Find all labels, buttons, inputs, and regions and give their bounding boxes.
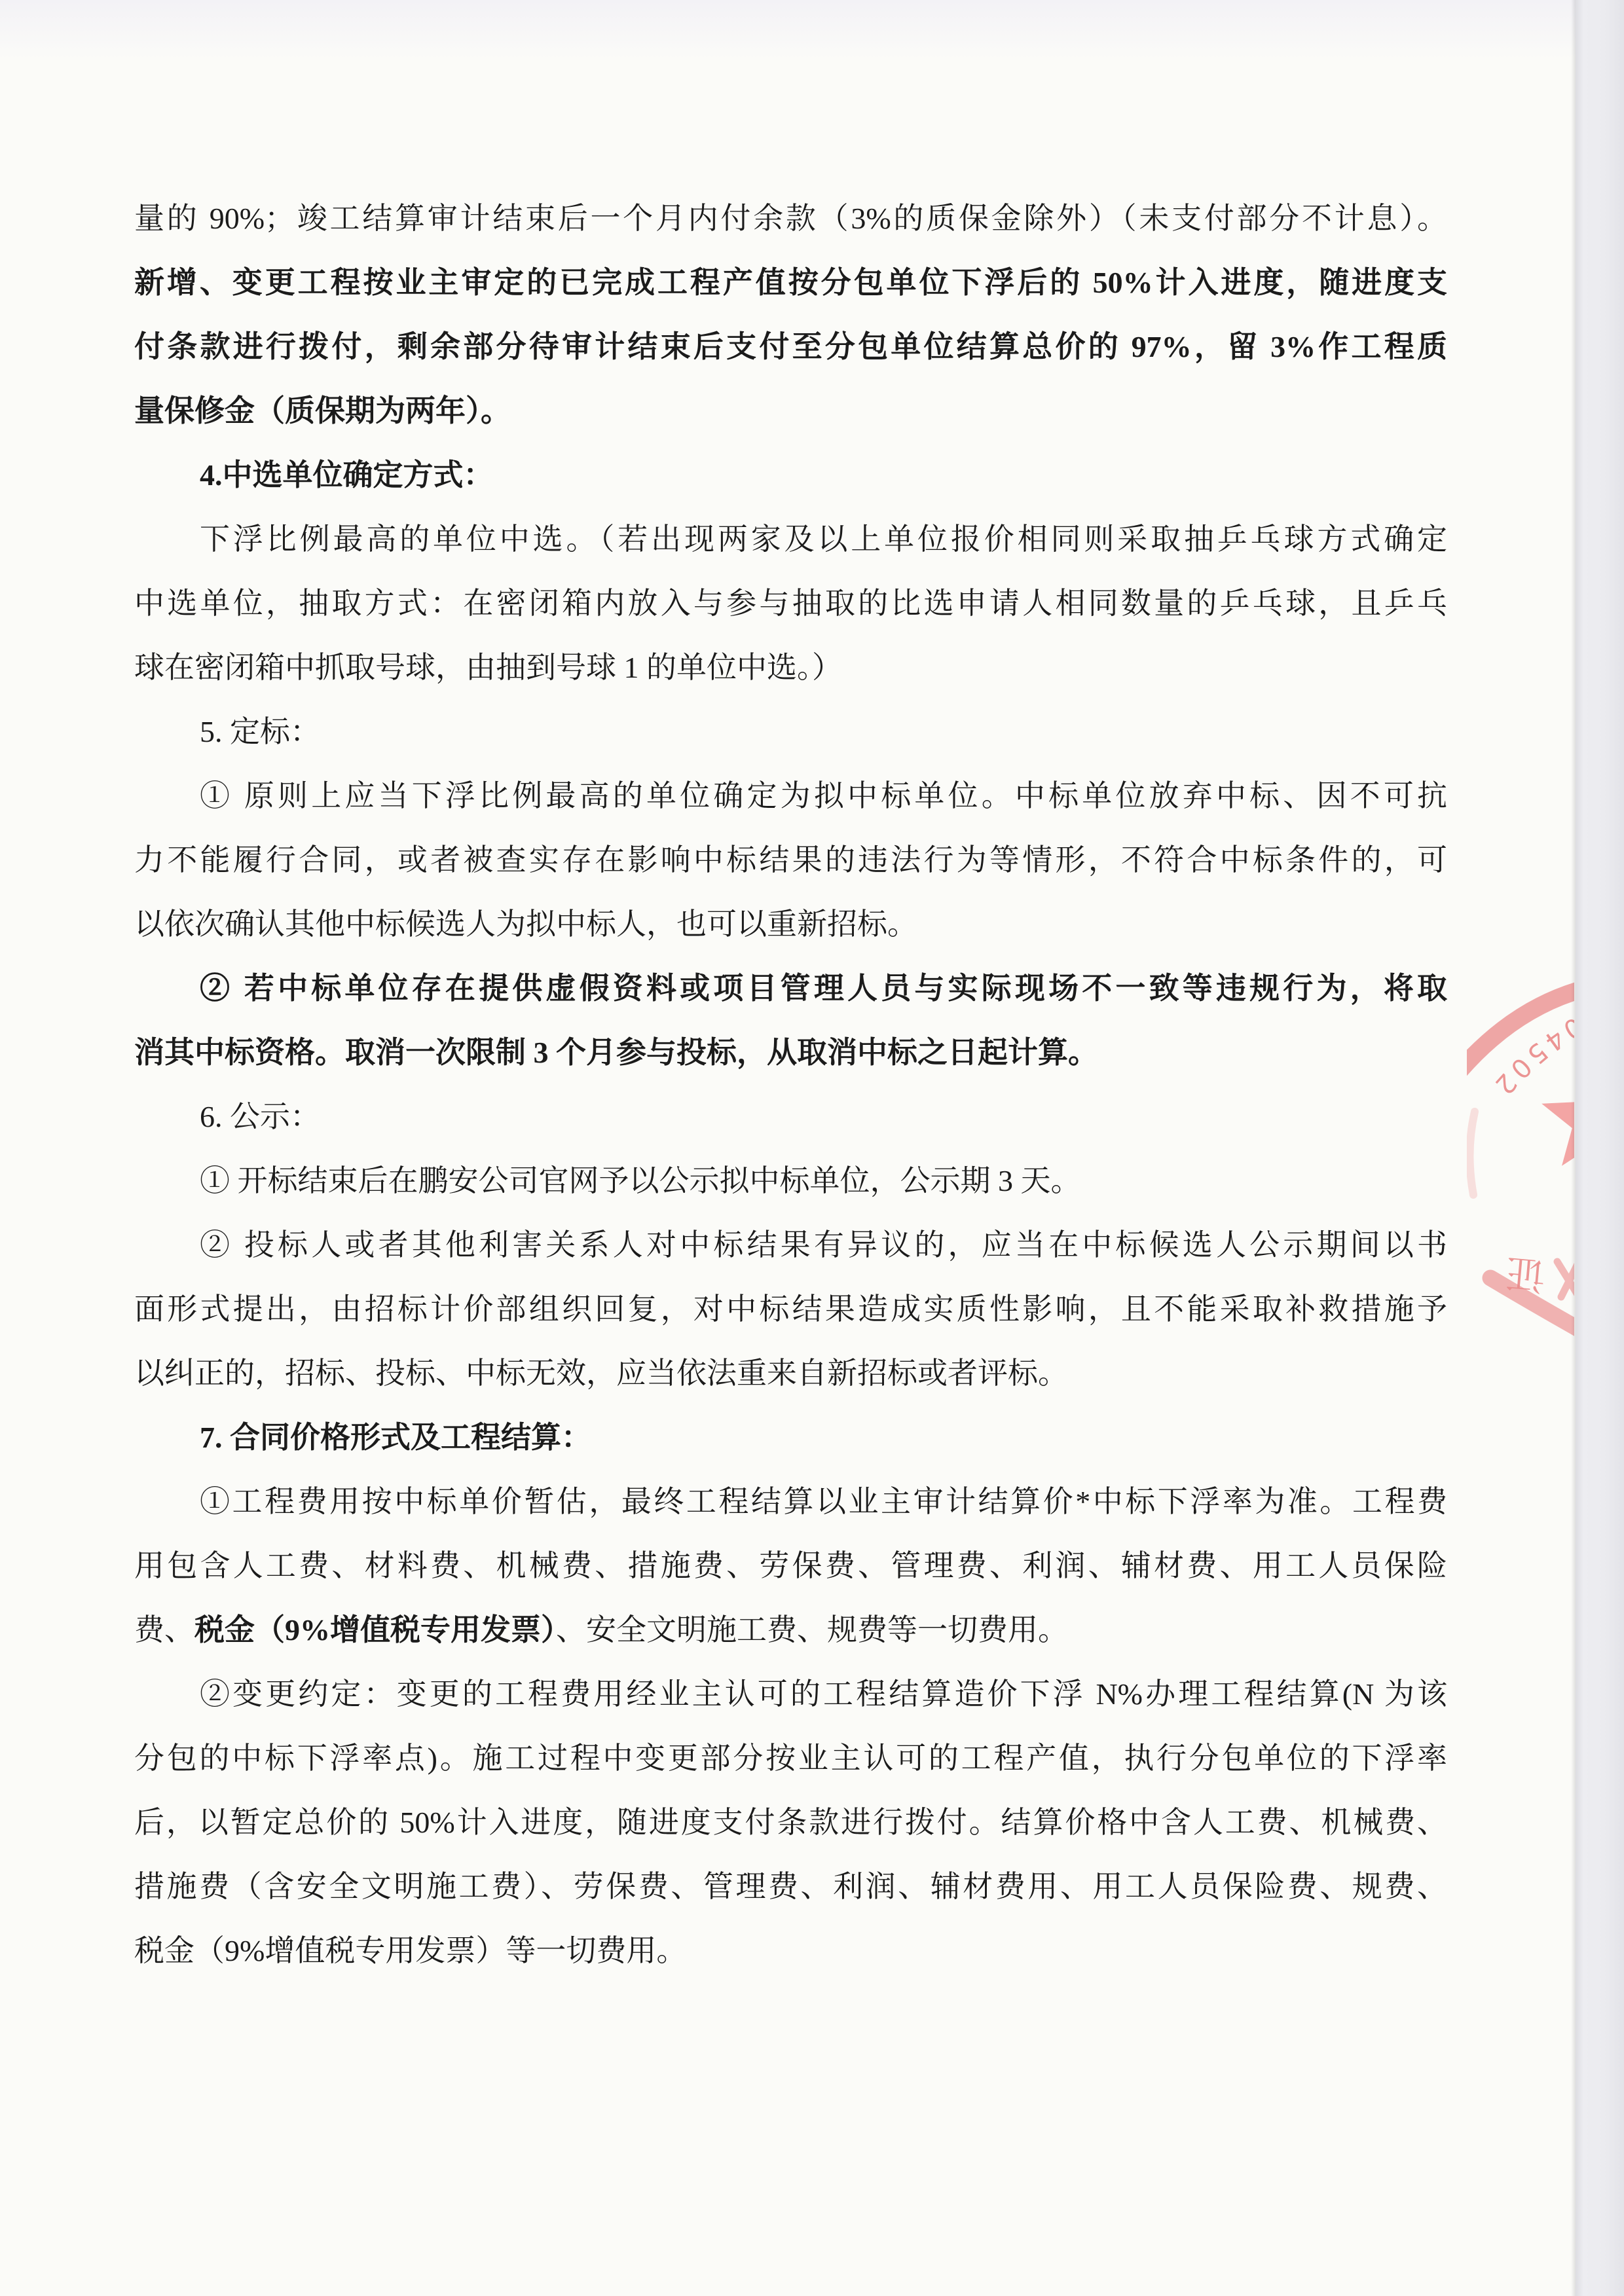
text-line: 量保修金（质保期为两年）。 xyxy=(134,379,1447,443)
text-run: 力不能履行合同，或者被查实存在影响中标结果的违法行为等情形，不符合中标条件的，可 xyxy=(134,843,1447,877)
text-line: 分包的中标下浮率点)。施工过程中变更部分按业主认可的工程产值，执行分包单位的下浮… xyxy=(134,1726,1447,1791)
text-line: 付条款进行拨付，剩余部分待审计结束后支付至分包单位结算总价的 97%，留 3%作… xyxy=(134,315,1447,379)
text-run: ① 原则上应当下浮比例最高的单位确定为拟中标单位。中标单位放弃中标、因不可抗 xyxy=(200,779,1447,812)
text-line: 下浮比例最高的单位中选。（若出现两家及以上单位报价相同则采取抽乒乓球方式确定 xyxy=(134,507,1447,572)
text-line: 税金（9%增值税专用发票）等一切费用。 xyxy=(134,1919,1447,1983)
text-run: 量的 90%；竣工结算审计结束后一个月内付余款（3%的质保金除外）（未支付部分不… xyxy=(134,202,1447,235)
text-line: 后，以暂定总价的 50%计入进度，随进度支付条款进行拨付。结算价格中含人工费、机… xyxy=(134,1791,1447,1855)
text-run: ②变更约定：变更的工程费用经业主认可的工程结算造价下浮 N%办理工程结算(N 为… xyxy=(200,1677,1447,1711)
text-line: ① 原则上应当下浮比例最高的单位确定为拟中标单位。中标单位放弃中标、因不可抗 xyxy=(134,764,1447,828)
text-run-bold: 新增、变更工程按业主审定的已完成工程产值按分包单位下浮后的 50%计入进度，随进… xyxy=(134,266,1447,299)
text-run: 5. 定标： xyxy=(200,715,320,748)
text-line: 以依次确认其他中标候选人为拟中标人，也可以重新招标。 xyxy=(134,892,1447,957)
text-run-bold: 4.中选单位确定方式： xyxy=(200,458,494,492)
text-block: 量的 90%；竣工结算审计结束后一个月内付余款（3%的质保金除外）（未支付部分不… xyxy=(134,187,1447,1983)
text-run: 6. 公示： xyxy=(200,1100,320,1133)
text-run: 以纠正的，招标、投标、中标无效，应当依法重来自新招标或者评标。 xyxy=(134,1357,1068,1390)
text-run-bold: 税金（9%增值税专用发票） xyxy=(194,1613,556,1647)
seal-star-icon xyxy=(1541,1065,1574,1166)
scanner-edge-strip xyxy=(1576,0,1624,2296)
text-line: 4.中选单位确定方式： xyxy=(134,443,1447,507)
text-run-bold: 消其中标资格。取消一次限制 3 个月参与投标，从取消中标之日起计算。 xyxy=(134,1036,1098,1069)
text-run: 面形式提出，由招标计价部组织回复，对中标结果造成实质性影响，且不能采取补救措施予 xyxy=(134,1292,1447,1326)
text-line: 面形式提出，由招标计价部组织回复，对中标结果造成实质性影响，且不能采取补救措施予 xyxy=(134,1277,1447,1341)
seal-ring-left-arc xyxy=(1469,1112,1475,1195)
text-line: 球在密闭箱中抓取号球，由抽到号球 1 的单位中选。） xyxy=(134,636,1447,700)
text-run: 球在密闭箱中抓取号球，由抽到号球 1 的单位中选。） xyxy=(134,651,842,684)
text-run-bold: 量保修金（质保期为两年）。 xyxy=(134,394,511,428)
text-line: 用包含人工费、材料费、机械费、措施费、劳保费、管理费、利润、辅材费、用工人员保险 xyxy=(134,1534,1447,1598)
text-line: ② 若中标单位存在提供虚假资料或项目管理人员与实际现场不一致等违规行为，将取 xyxy=(134,957,1447,1021)
text-run: 税金（9%增值税专用发票）等一切费用。 xyxy=(134,1934,686,1967)
text-line: 新增、变更工程按业主审定的已完成工程产值按分包单位下浮后的 50%计入进度，随进… xyxy=(134,251,1447,315)
text-run: ① 开标结束后在鹏安公司官网予以公示拟中标单位，公示期 3 天。 xyxy=(200,1164,1081,1197)
text-line: ①工程费用按中标单价暂估，最终工程结算以业主审计结算价*中标下浮率为准。工程费 xyxy=(134,1470,1447,1534)
text-line: 费、税金（9%增值税专用发票）、安全文明施工费、规费等一切费用。 xyxy=(134,1598,1447,1662)
paper-edge-shadow xyxy=(1571,0,1576,2296)
seal-stamp: 045025 证 xyxy=(1467,943,1574,1467)
text-run: 后，以暂定总价的 50%计入进度，随进度支付条款进行拨付。结算价格中含人工费、机… xyxy=(134,1806,1447,1839)
text-run-bold: 付条款进行拨付，剩余部分待审计结束后支付至分包单位结算总价的 97%，留 3%作… xyxy=(134,330,1447,363)
text-run: 中选单位，抽取方式：在密闭箱内放入与参与抽取的比选申请人相同数量的乒乓球，且乒乓 xyxy=(134,587,1447,620)
text-run: 费、 xyxy=(134,1613,194,1647)
text-run: ①工程费用按中标单价暂估，最终工程结算以业主审计结算价*中标下浮率为准。工程费 xyxy=(200,1485,1447,1518)
text-line: 5. 定标： xyxy=(134,700,1447,764)
text-run-bold: 7. 合同价格形式及工程结算： xyxy=(200,1421,591,1454)
text-line: 以纠正的，招标、投标、中标无效，应当依法重来自新招标或者评标。 xyxy=(134,1341,1447,1406)
text-run: 、安全文明施工费、规费等一切费用。 xyxy=(556,1613,1068,1647)
text-run: 分包的中标下浮率点)。施工过程中变更部分按业主认可的工程产值，执行分包单位的下浮… xyxy=(134,1741,1447,1775)
text-run: 以依次确认其他中标候选人为拟中标人，也可以重新招标。 xyxy=(134,907,917,941)
text-run-bold: ② 若中标单位存在提供虚假资料或项目管理人员与实际现场不一致等违规行为，将取 xyxy=(200,972,1447,1005)
text-run: 措施费（含安全文明施工费）、劳保费、管理费、利润、辅材费用、用工人员保险费、规费… xyxy=(134,1870,1447,1903)
text-line: ① 开标结束后在鹏安公司官网予以公示拟中标单位，公示期 3 天。 xyxy=(134,1149,1447,1213)
text-run: 用包含人工费、材料费、机械费、措施费、劳保费、管理费、利润、辅材费、用工人员保险 xyxy=(134,1549,1447,1582)
text-line: ②变更约定：变更的工程费用经业主认可的工程结算造价下浮 N%办理工程结算(N 为… xyxy=(134,1662,1447,1726)
text-line: 7. 合同价格形式及工程结算： xyxy=(134,1406,1447,1470)
text-line: 消其中标资格。取消一次限制 3 个月参与投标，从取消中标之日起计算。 xyxy=(134,1021,1447,1085)
text-line: ② 投标人或者其他利害关系人对中标结果有异议的，应当在中标候选人公示期间以书 xyxy=(134,1213,1447,1277)
text-line: 力不能履行合同，或者被查实存在影响中标结果的违法行为等情形，不符合中标条件的，可 xyxy=(134,828,1447,892)
document-page: 量的 90%；竣工结算审计结束后一个月内付余款（3%的质保金除外）（未支付部分不… xyxy=(0,0,1624,2296)
text-run: 下浮比例最高的单位中选。（若出现两家及以上单位报价相同则采取抽乒乓球方式确定 xyxy=(200,522,1447,556)
text-line: 6. 公示： xyxy=(134,1085,1447,1149)
text-line: 量的 90%；竣工结算审计结束后一个月内付余款（3%的质保金除外）（未支付部分不… xyxy=(134,187,1447,251)
text-line: 中选单位，抽取方式：在密闭箱内放入与参与抽取的比选申请人相同数量的乒乓球，且乒乓 xyxy=(134,572,1447,636)
text-line: 措施费（含安全文明施工费）、劳保费、管理费、利润、辅材费用、用工人员保险费、规费… xyxy=(134,1855,1447,1919)
text-run: ② 投标人或者其他利害关系人对中标结果有异议的，应当在中标候选人公示期间以书 xyxy=(200,1228,1447,1262)
